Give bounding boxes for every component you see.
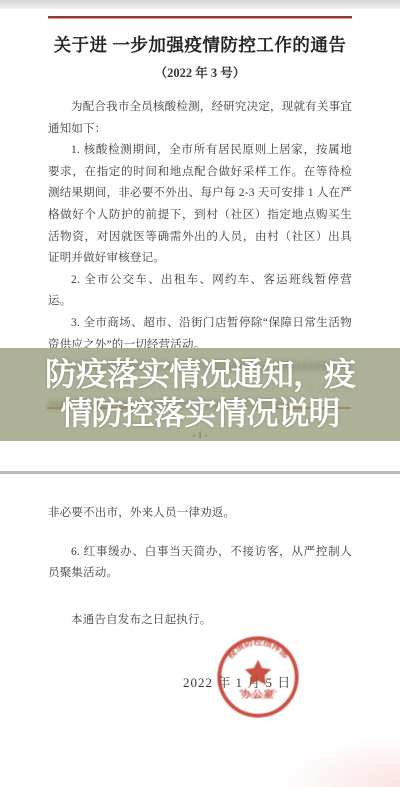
caption-overlay-band: 防疫落实情况通知，疫 情防控落实情况说明 - 1 - xyxy=(0,348,400,441)
header-red-rule xyxy=(48,16,352,19)
screenshot-root: 关于进 一步加强疫情防控工作的通告 （2022 年 3 号） 为配合我市全员核酸… xyxy=(0,0,400,787)
caption-title: 防疫落实情况通知，疫 情防控落实情况说明 xyxy=(0,348,400,433)
paragraph-item-5-continuation: 非必要不出市，外来人员一律劝返。 xyxy=(48,503,352,525)
seal-star-icon xyxy=(245,660,271,685)
paragraph-execution: 本通告自发布之日起执行。 xyxy=(48,610,352,632)
paragraph-item-2: 2. 全市公交车、出租车、网约车、客运班线暂停营运。 xyxy=(48,270,352,313)
photo-top-edge xyxy=(0,0,400,9)
page-1-number: - 1 - xyxy=(0,430,400,440)
paragraph-item-6: 6. 红事缓办、白事当天简办，不接访客，从严控制人员聚集活动。 xyxy=(48,542,352,585)
caption-line-2: 情防控落实情况说明 xyxy=(60,394,339,432)
photo-corner-tint xyxy=(285,739,400,787)
paragraph-item-1: 1. 核酸检测期间，全市所有居民原则上居家，按属地要求，在指定的时间和地点配合做… xyxy=(48,140,352,270)
notice-title: 关于进 一步加强疫情防控工作的通告 xyxy=(30,32,370,57)
notice-doc-number: （2022 年 3 号） xyxy=(0,63,400,81)
page-break-divider xyxy=(0,471,400,474)
caption-line-1: 防疫落实情况通知，疫 xyxy=(45,355,355,393)
notice-body-page2: 非必要不出市，外来人员一律劝返。 6. 红事缓办、白事当天简办，不接访客，从严控… xyxy=(0,474,400,631)
paragraph-intro: 为配合我市全员核酸检测，经研究决定，现就有关事宜通知如下： xyxy=(48,97,352,140)
official-seal: 疫情防控指挥部 办公室 4110020036081 xyxy=(215,634,301,720)
